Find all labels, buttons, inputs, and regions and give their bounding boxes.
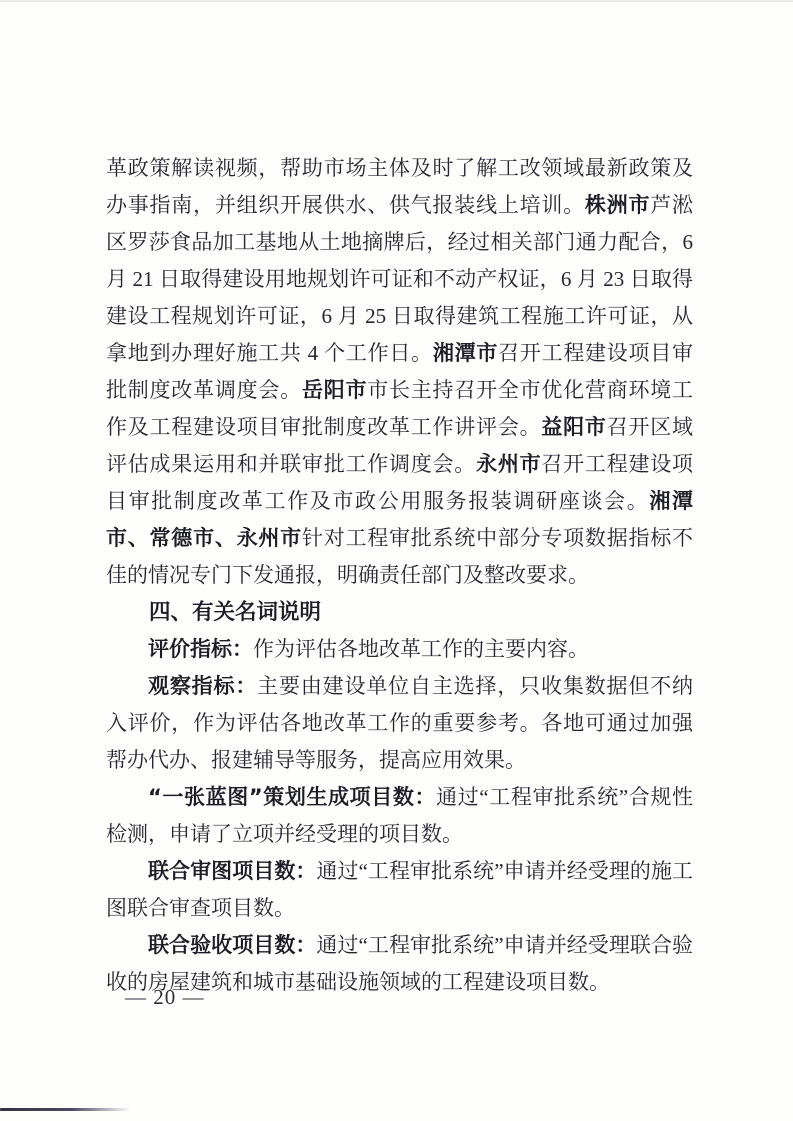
definition-observation-indicator: 观察指标：主要由建设单位自主选择，只收集数据但不纳入评价，作为评估各地改革工作的… bbox=[106, 668, 693, 779]
definition-evaluation-indicator: 评价指标：作为评估各地改革工作的主要内容。 bbox=[106, 631, 693, 668]
definition-term: “一张蓝图”策划生成项目数： bbox=[148, 785, 436, 809]
paragraph-progress-report: 革政策解读视频，帮助市场主体及时了解工改领域最新政策及办事指南，并组织开展供水、… bbox=[106, 150, 693, 594]
scanned-document-page: 革政策解读视频，帮助市场主体及时了解工改领域最新政策及办事指南，并组织开展供水、… bbox=[0, 0, 793, 1121]
city-name-bold: 永州市 bbox=[476, 452, 541, 476]
page-number: — 20 — bbox=[125, 984, 205, 1010]
scan-artifact-top-edge bbox=[0, 0, 793, 2]
definition-text: 作为评估各地改革工作的主要内容。 bbox=[253, 637, 589, 661]
definition-term: 评价指标： bbox=[148, 637, 253, 661]
city-name-bold: 益阳市 bbox=[541, 415, 606, 439]
city-name-bold: 岳阳市 bbox=[302, 378, 367, 402]
definition-term: 观察指标： bbox=[148, 674, 257, 698]
definition-joint-drawing-review-projects: 联合审图项目数：通过“工程审批系统”申请并经受理的施工图联合审查项目数。 bbox=[106, 853, 693, 927]
definition-term: 联合审图项目数： bbox=[148, 859, 316, 883]
definition-blueprint-projects: “一张蓝图”策划生成项目数：通过“工程审批系统”合规性检测，申请了立项并经受理的… bbox=[106, 779, 693, 853]
scan-artifact-bottom-line bbox=[0, 1108, 130, 1111]
section-heading: 四、有关名词说明 bbox=[106, 594, 693, 631]
text-run: 芦淞区罗莎食品加工基地从土地摘牌后，经过相关部门通力配合，6 月 21 日取得建… bbox=[106, 193, 693, 365]
city-name-bold: 湘潭市 bbox=[433, 341, 498, 365]
document-content: 革政策解读视频，帮助市场主体及时了解工改领域最新政策及办事指南，并组织开展供水、… bbox=[106, 150, 693, 1001]
definition-term: 联合验收项目数： bbox=[148, 933, 316, 957]
city-name-bold: 株洲市 bbox=[585, 193, 650, 217]
